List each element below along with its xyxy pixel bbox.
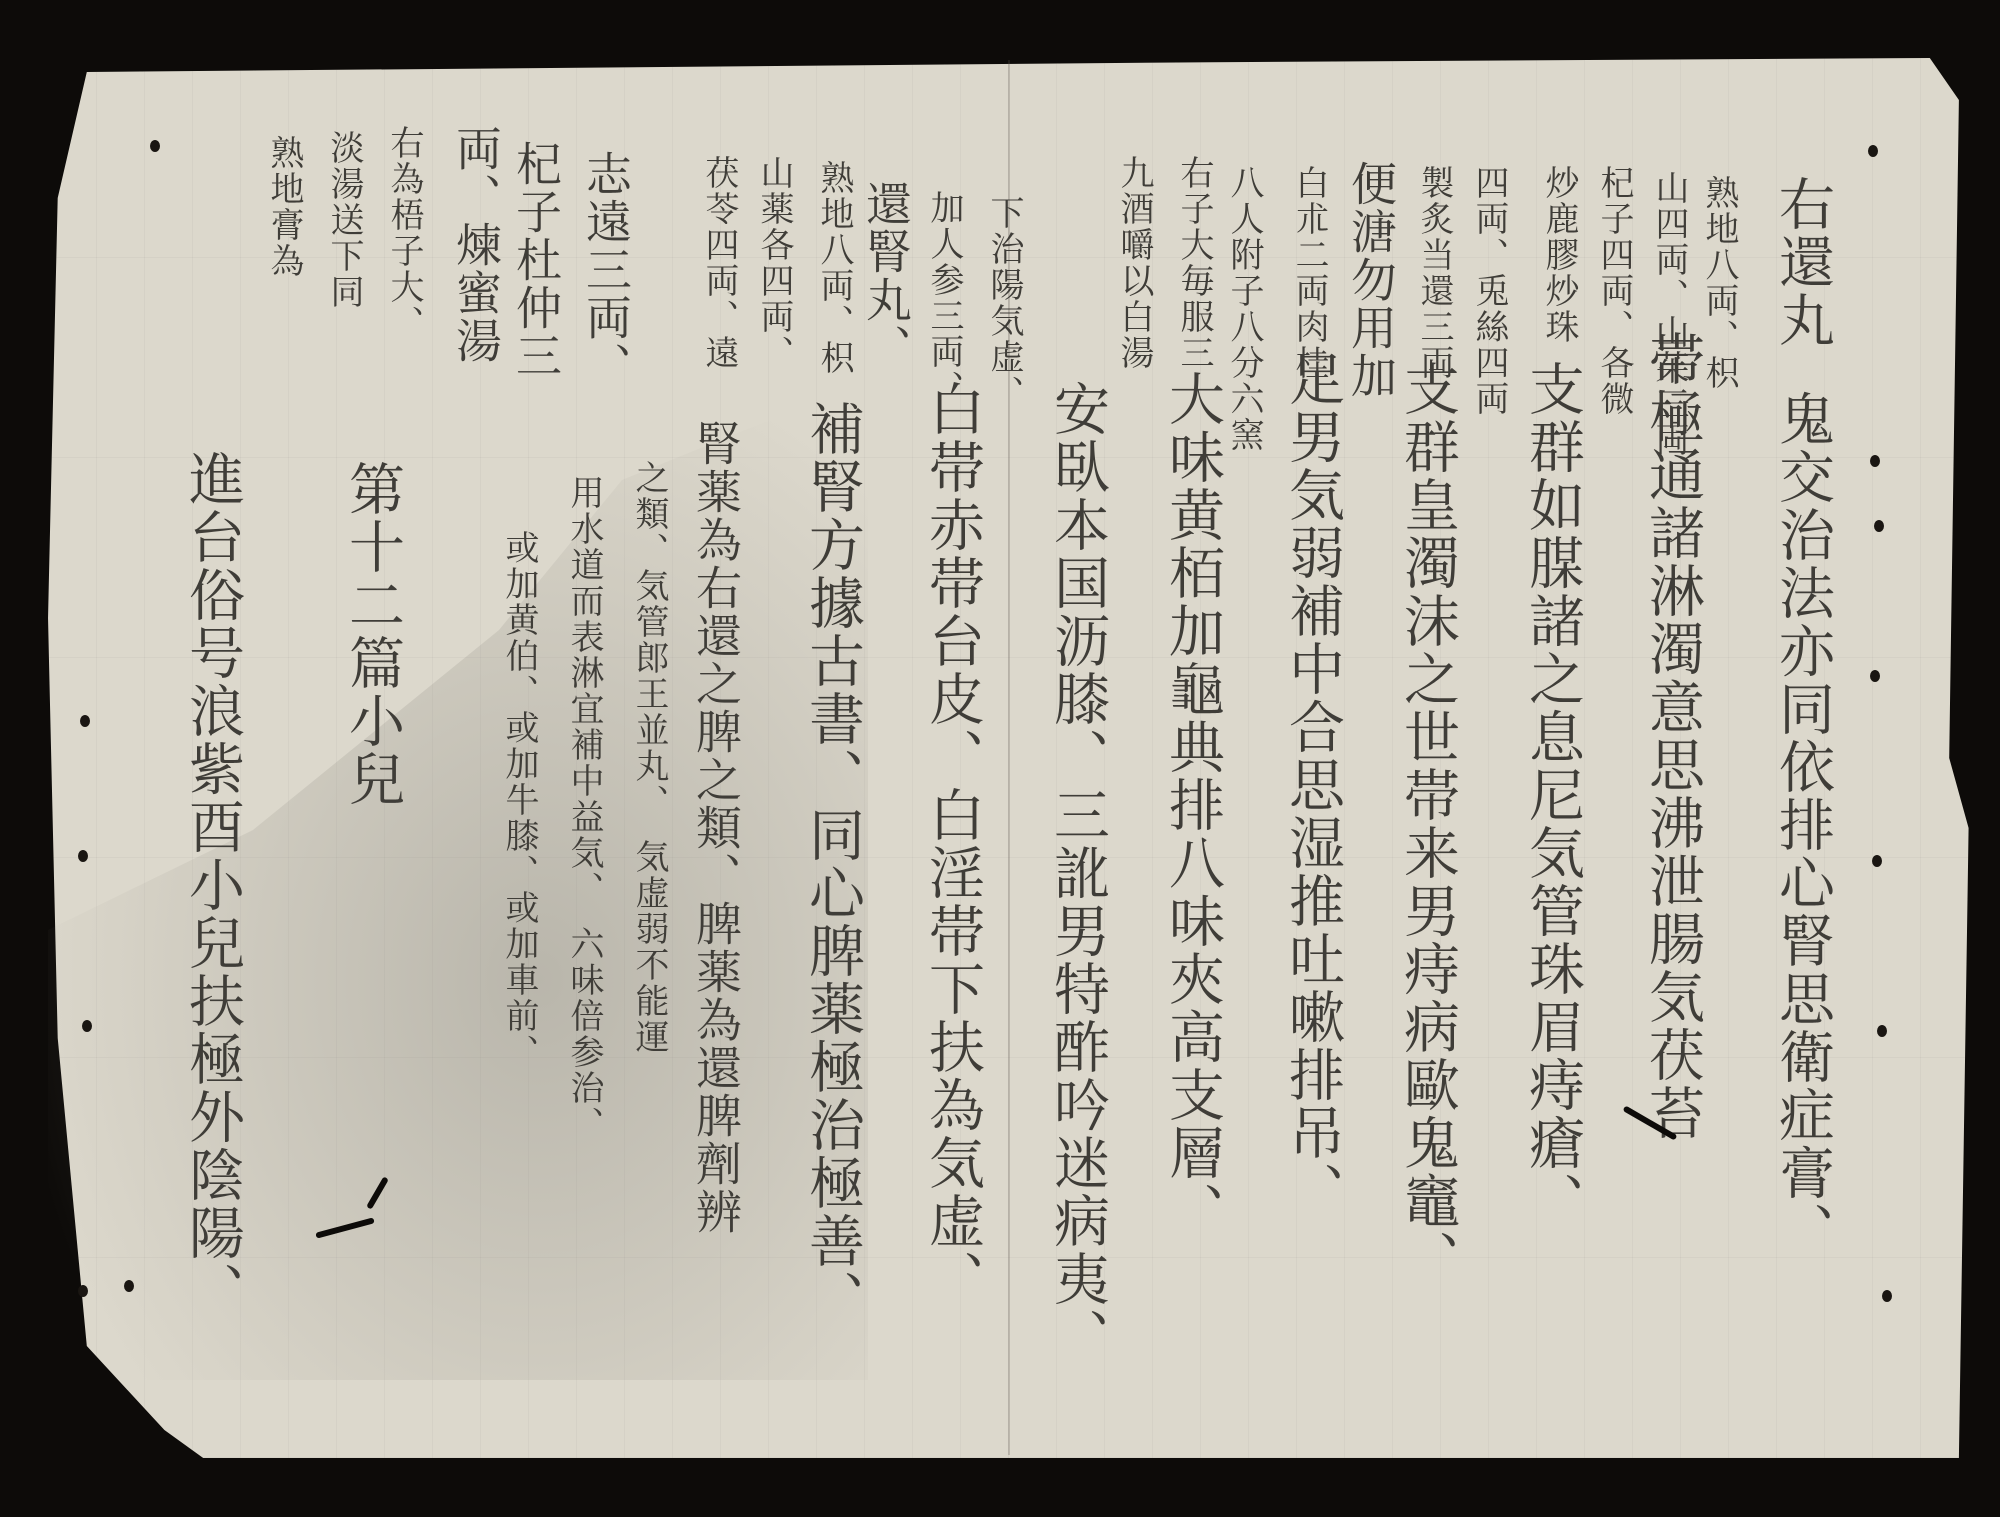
text-column: 熟地膏為: [265, 135, 303, 279]
binding-hole: [1870, 670, 1880, 682]
text-column: 製炙当還三両: [1415, 165, 1453, 381]
text-column: 白帯赤帯台皮、白淫帯下扶為気虚、: [920, 380, 984, 1308]
text-column: 志遠三両、: [580, 150, 632, 390]
text-column: 鬼交治法亦同依排心腎思衛症膏、: [1770, 390, 1834, 1260]
text-column: 九酒嚼以白湯: [1115, 155, 1153, 371]
text-column: 補腎方據古書、同心脾薬極治極善、: [800, 400, 864, 1328]
text-column: 熟地八両、枳: [1700, 175, 1738, 391]
text-column: 両、煉蜜湯: [450, 125, 502, 365]
text-column: 杞子四両、各微: [1595, 165, 1633, 417]
text-column: 之類、気管郎王並丸、 気虚弱不能運: [630, 460, 668, 1055]
text-column: 第十二篇小兒: [340, 460, 404, 808]
text-column: 大味黄栢加龜典排八味夾高支層、: [1160, 370, 1224, 1240]
binding-hole: [78, 1285, 88, 1297]
binding-hole: [124, 1280, 134, 1292]
text-column: 足男気弱補中合思湿推吐嗽排吊、: [1280, 350, 1344, 1220]
text-column: 右為梧子大、: [385, 125, 423, 341]
text-column: 八人附子八分六窯: [1225, 165, 1263, 453]
text-column: 淡湯送下同: [325, 130, 363, 310]
binding-hole: [1868, 145, 1878, 157]
text-column: 支群皇濁沫之世帯来男痔病歐鬼竈、: [1395, 360, 1459, 1288]
text-column: 加人参三両、: [925, 190, 963, 406]
binding-hole: [1877, 1025, 1887, 1037]
text-column: 茯苓四両、遠: [700, 155, 738, 371]
text-column: 支群如腜諸之息尼気管珠眉痔瘡、: [1520, 360, 1584, 1230]
binding-hole: [80, 715, 90, 727]
text-column: 白朮二両肉桂: [1290, 165, 1328, 381]
text-column: 山薬各四両、: [755, 155, 793, 371]
text-column: 或加黄伯、或加牛膝、或加車前、: [500, 530, 538, 1070]
binding-hole: [1872, 855, 1882, 867]
text-column: 腎薬為右還之脾之類、脾薬為還脾劑辨: [690, 420, 742, 1236]
binding-hole: [1870, 455, 1880, 467]
binding-hole: [78, 850, 88, 862]
binding-hole: [82, 1020, 92, 1032]
text-column: 便溏勿用加: [1345, 160, 1397, 400]
binding-hole: [1882, 1290, 1892, 1302]
binding-hole: [150, 140, 160, 152]
text-column: 山四両、山茱三両: [1650, 170, 1688, 458]
text-column: 用水道而表淋宜補中益気、 六味倍参治、: [565, 475, 603, 1142]
text-column: 杞子杜仲三: [510, 140, 562, 380]
text-column: 右還丸: [1770, 175, 1834, 349]
text-column: 右子大毎服三: [1175, 155, 1213, 371]
text-column: 四両、兎絲四両: [1470, 165, 1508, 417]
text-column: 還腎丸、: [860, 180, 912, 372]
text-column: 炒鹿膠炒珠: [1540, 165, 1578, 345]
text-column: 熟地八両、枳: [815, 160, 853, 376]
text-column: 安臥本国沥膝、三訛男特酢吟迷病夷、: [1045, 380, 1109, 1366]
text-column: 下治陽気虚、: [985, 195, 1023, 411]
text-column: 進台俗号浪紫酉小兒扶極外陰陽、: [180, 450, 244, 1320]
binding-hole: [1874, 520, 1884, 532]
